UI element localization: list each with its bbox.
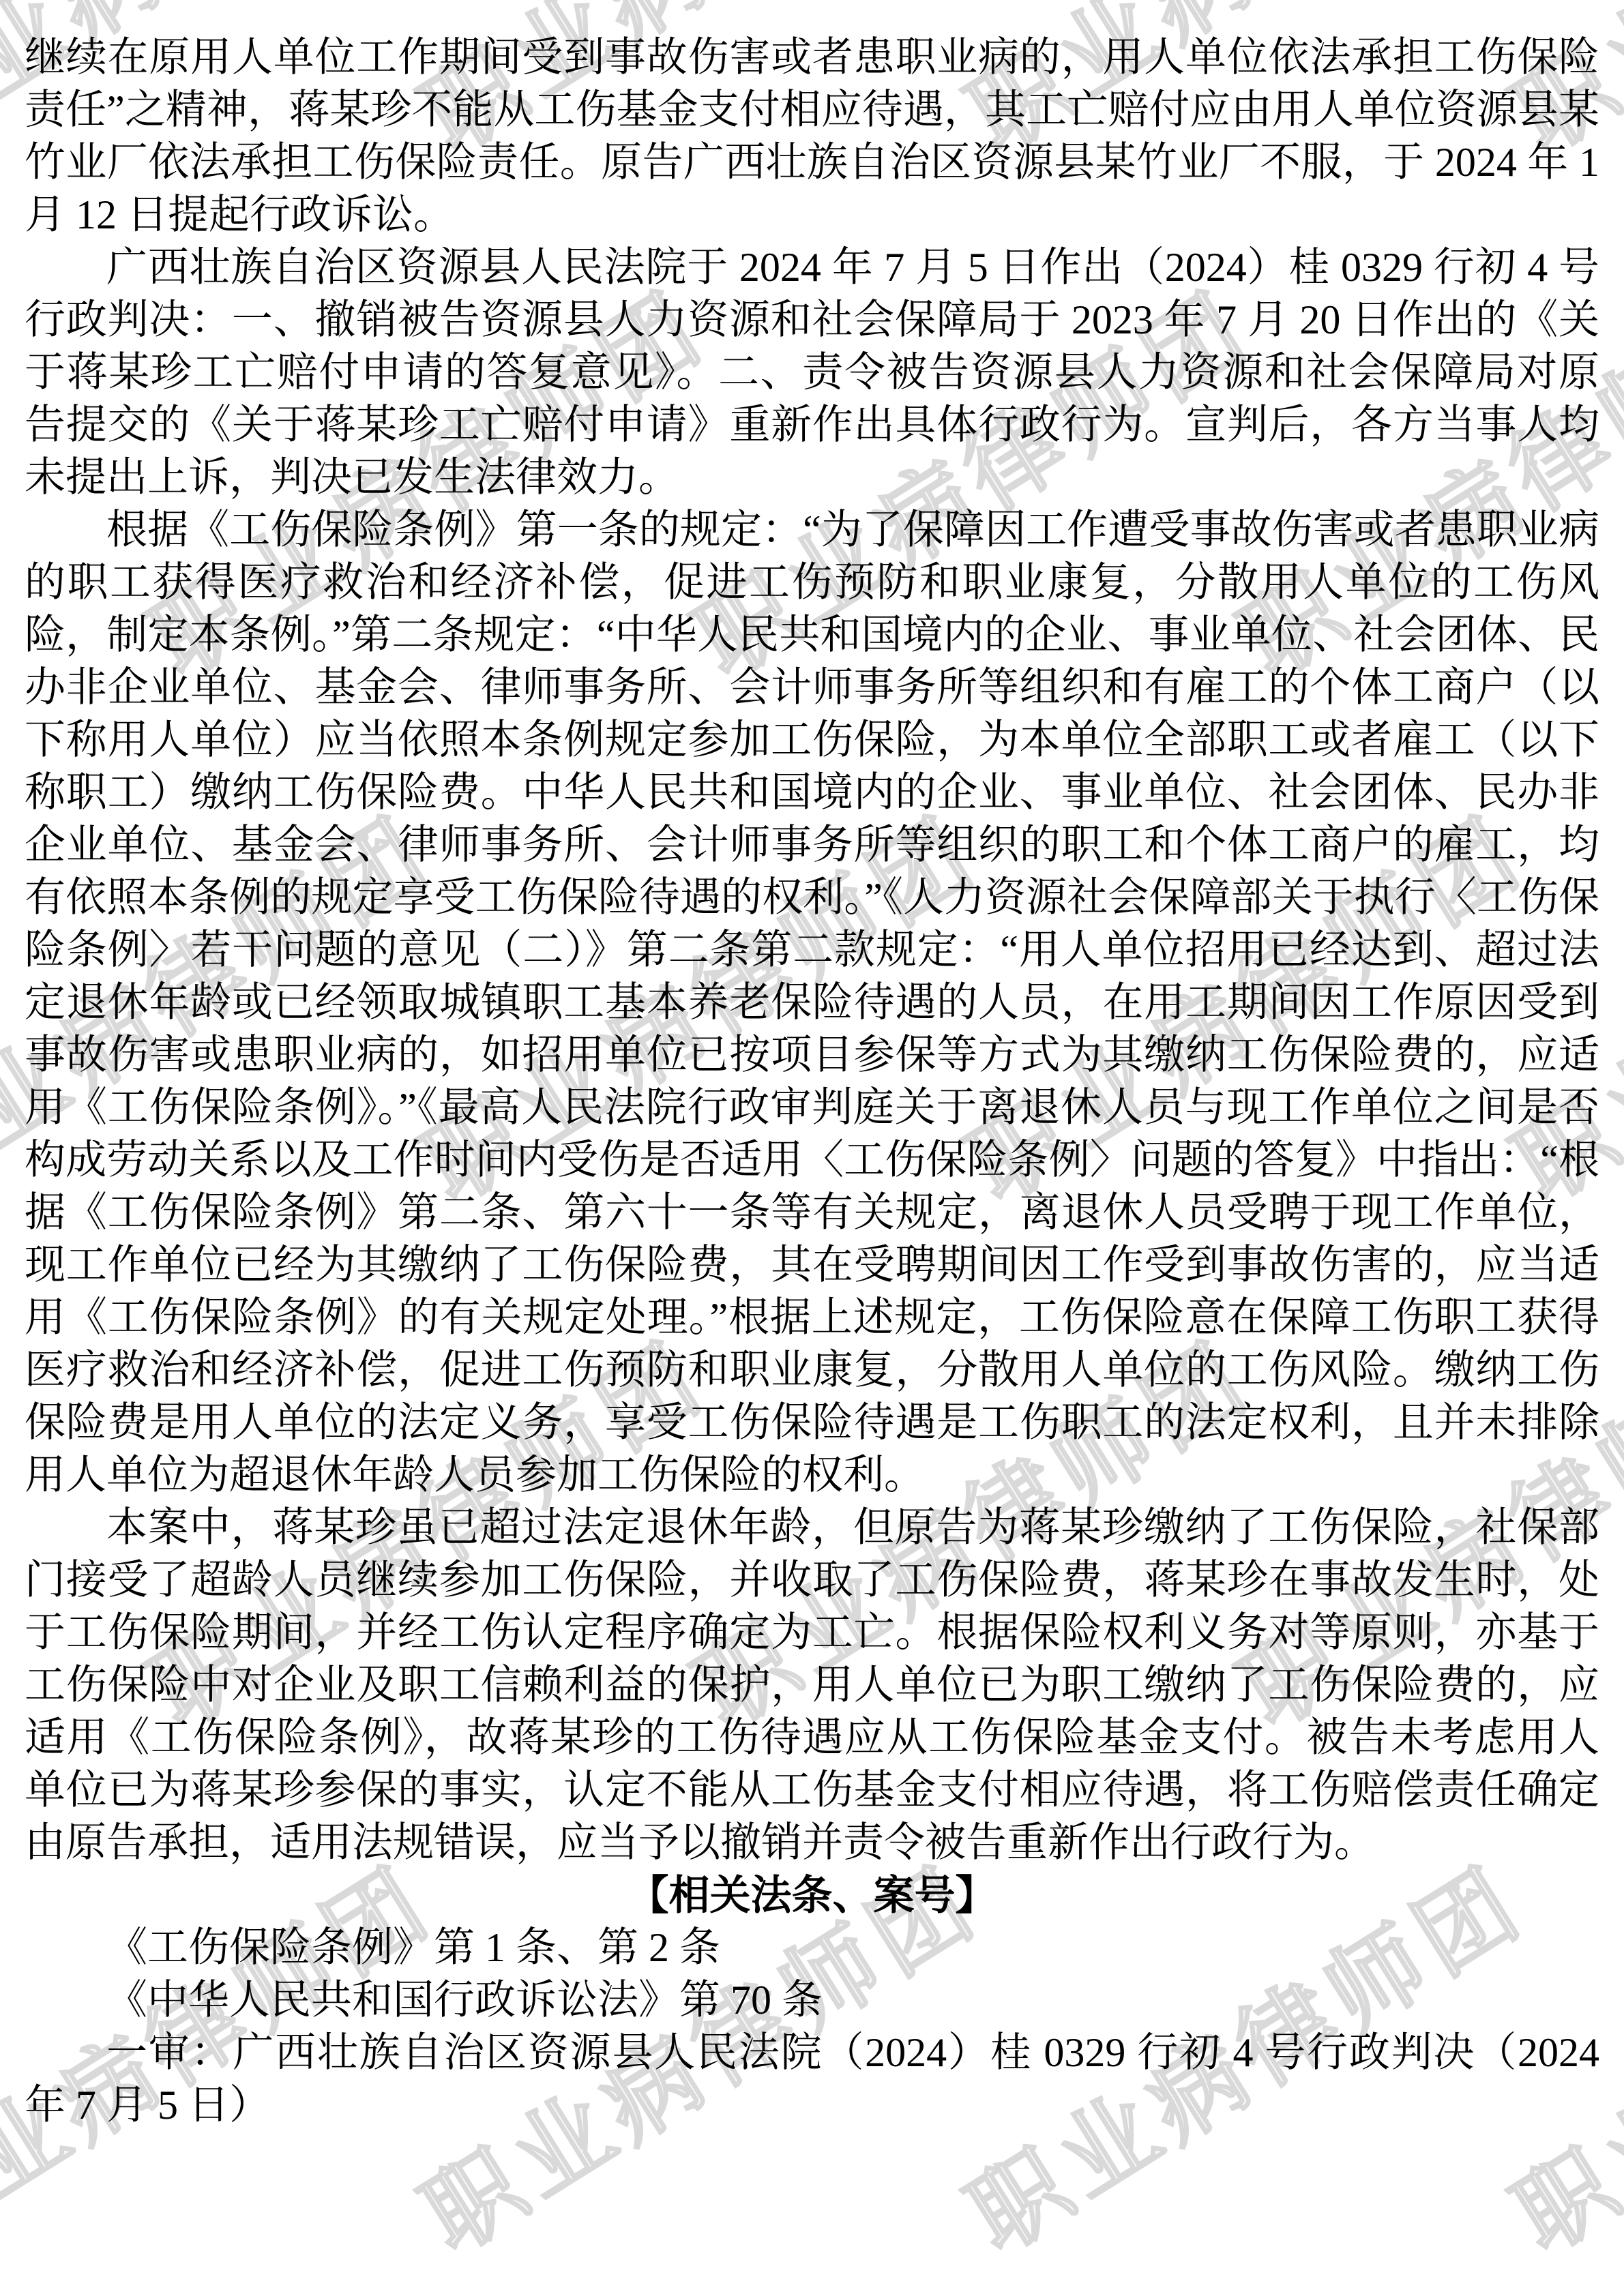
document-body: 继续在原用人单位工作期间受到事故伤害或者患职业病的，用人单位依法承担工伤保险责任… xyxy=(0,0,1624,2132)
document-page: 职业病律师团职业病律师团职业病律师团职业病律师团职业病律师团职业病律师团职业病律… xyxy=(0,0,1624,2296)
paragraph: 一审：广西壮族自治区资源县人民法院（2024）桂 0329 行初 4 号行政判决… xyxy=(25,2027,1599,2132)
paragraph: 《工伤保险条例》第 1 条、第 2 条 xyxy=(25,1922,1599,1974)
paragraph: 继续在原用人单位工作期间受到事故伤害或者患职业病的，用人单位依法承担工伤保险责任… xyxy=(25,31,1599,241)
paragraph: 根据《工伤保险条例》第一条的规定：“为了保障因工作遭受事故伤害或者患职业病的职工… xyxy=(25,504,1599,1502)
section-heading: 【相关法条、案号】 xyxy=(25,1869,1599,1922)
paragraph: 本案中，蒋某珍虽已超过法定退休年龄，但原告为蒋某珍缴纳了工伤保险，社保部门接受了… xyxy=(25,1502,1599,1869)
paragraph: 《中华人民共和国行政诉讼法》第 70 条 xyxy=(25,1974,1599,2027)
paragraph: 广西壮族自治区资源县人民法院于 2024 年 7 月 5 日作出（2024）桂 … xyxy=(25,241,1599,504)
